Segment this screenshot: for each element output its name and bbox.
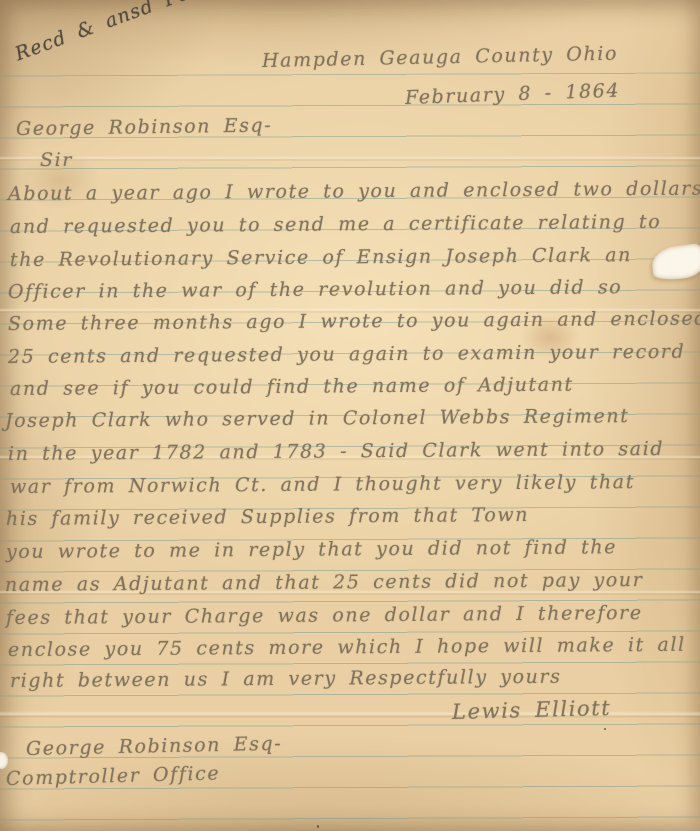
letter-body-line: right between us I am very Respectfully …	[10, 666, 562, 692]
ink-speck	[317, 825, 319, 828]
recipient-line: George Robinson Esq-	[16, 114, 273, 140]
letter-body-line: and see if you could find the name of Ad…	[10, 374, 574, 400]
signature: Lewis Elliott	[452, 696, 612, 724]
letter-body-line: his family received Supplies from that T…	[6, 504, 529, 530]
letter-page: Recd & ansd Feb 13th Hampden Geauga Coun…	[0, 0, 700, 831]
ink-speck	[604, 728, 606, 730]
received-answered-annotation: Recd & ansd Feb 13th	[12, 0, 262, 65]
fold-crease	[0, 156, 700, 161]
place-line: Hampden Geauga County Ohio	[262, 43, 618, 72]
salutation: Sir	[40, 149, 73, 171]
